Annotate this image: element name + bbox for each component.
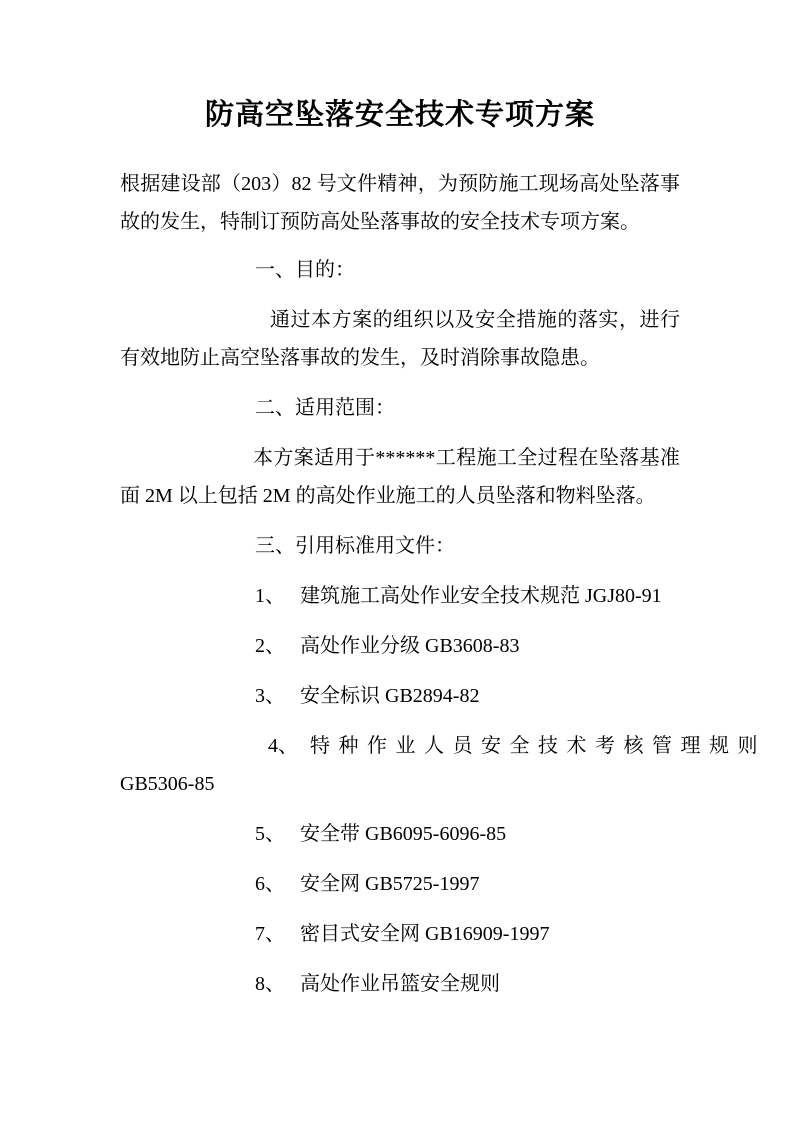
document-page: 防高空坠落安全技术专项方案 根据建设部（203）82 号文件精神，为预防施工现场… [0,0,793,1122]
standard-item-line1: 4、特种作业人员安全技术考核管理规则 [120,727,680,765]
standard-item-1: 1、建筑施工高处作业安全技术规范 JGJ80-91 [120,577,680,615]
standard-item-text: 特种作业人员安全技术考核管理规则 [310,735,766,757]
standard-item-text: 安全带 GB6095-6096-85 [300,823,506,845]
standard-item-2: 2、高处作业分级 GB3608-83 [120,627,680,665]
section-heading-scope: 二、适用范围： [120,389,680,427]
section-body-scope: 本方案适用于******工程施工全过程在坠落基准面 2M 以上包括 2M 的高处… [120,439,680,515]
standard-item-text: 建筑施工高处作业安全技术规范 JGJ80-91 [300,585,662,607]
standard-item-text: 安全标识 GB2894-82 [300,685,479,707]
standard-item-number: 3、 [255,677,300,715]
standard-item-number: 4、 [268,727,310,765]
standard-item-text: 安全网 GB5725-1997 [300,873,479,895]
standard-item-line2: GB5306-85 [120,765,680,803]
standard-item-3: 3、安全标识 GB2894-82 [120,677,680,715]
standard-item-number: 7、 [255,915,300,953]
standard-item-text: 高处作业吊篮安全规则 [300,973,500,995]
standard-item-number: 2、 [255,627,300,665]
section-heading-purpose: 一、目的： [120,251,680,289]
standard-item-8: 8、高处作业吊篮安全规则 [120,965,680,1003]
page-title: 防高空坠落安全技术专项方案 [120,97,680,133]
standard-item-7: 7、密目式安全网 GB16909-1997 [120,915,680,953]
intro-paragraph: 根据建设部（203）82 号文件精神，为预防施工现场高处坠落事故的发生，特制订预… [120,165,680,241]
section-heading-standards: 三、引用标准用文件： [120,527,680,565]
standard-item-4: 4、特种作业人员安全技术考核管理规则 GB5306-85 [120,727,680,803]
standard-item-number: 8、 [255,965,300,1003]
standard-item-6: 6、安全网 GB5725-1997 [120,865,680,903]
standard-item-number: 6、 [255,865,300,903]
standard-item-text: 密目式安全网 GB16909-1997 [300,923,549,945]
standard-item-number: 5、 [255,815,300,853]
standard-item-5: 5、安全带 GB6095-6096-85 [120,815,680,853]
standard-item-text: 高处作业分级 GB3608-83 [300,635,519,657]
section-body-purpose: 通过本方案的组织以及安全措施的落实，进行有效地防止高空坠落事故的发生，及时消除事… [120,301,680,377]
standard-item-number: 1、 [255,577,300,615]
